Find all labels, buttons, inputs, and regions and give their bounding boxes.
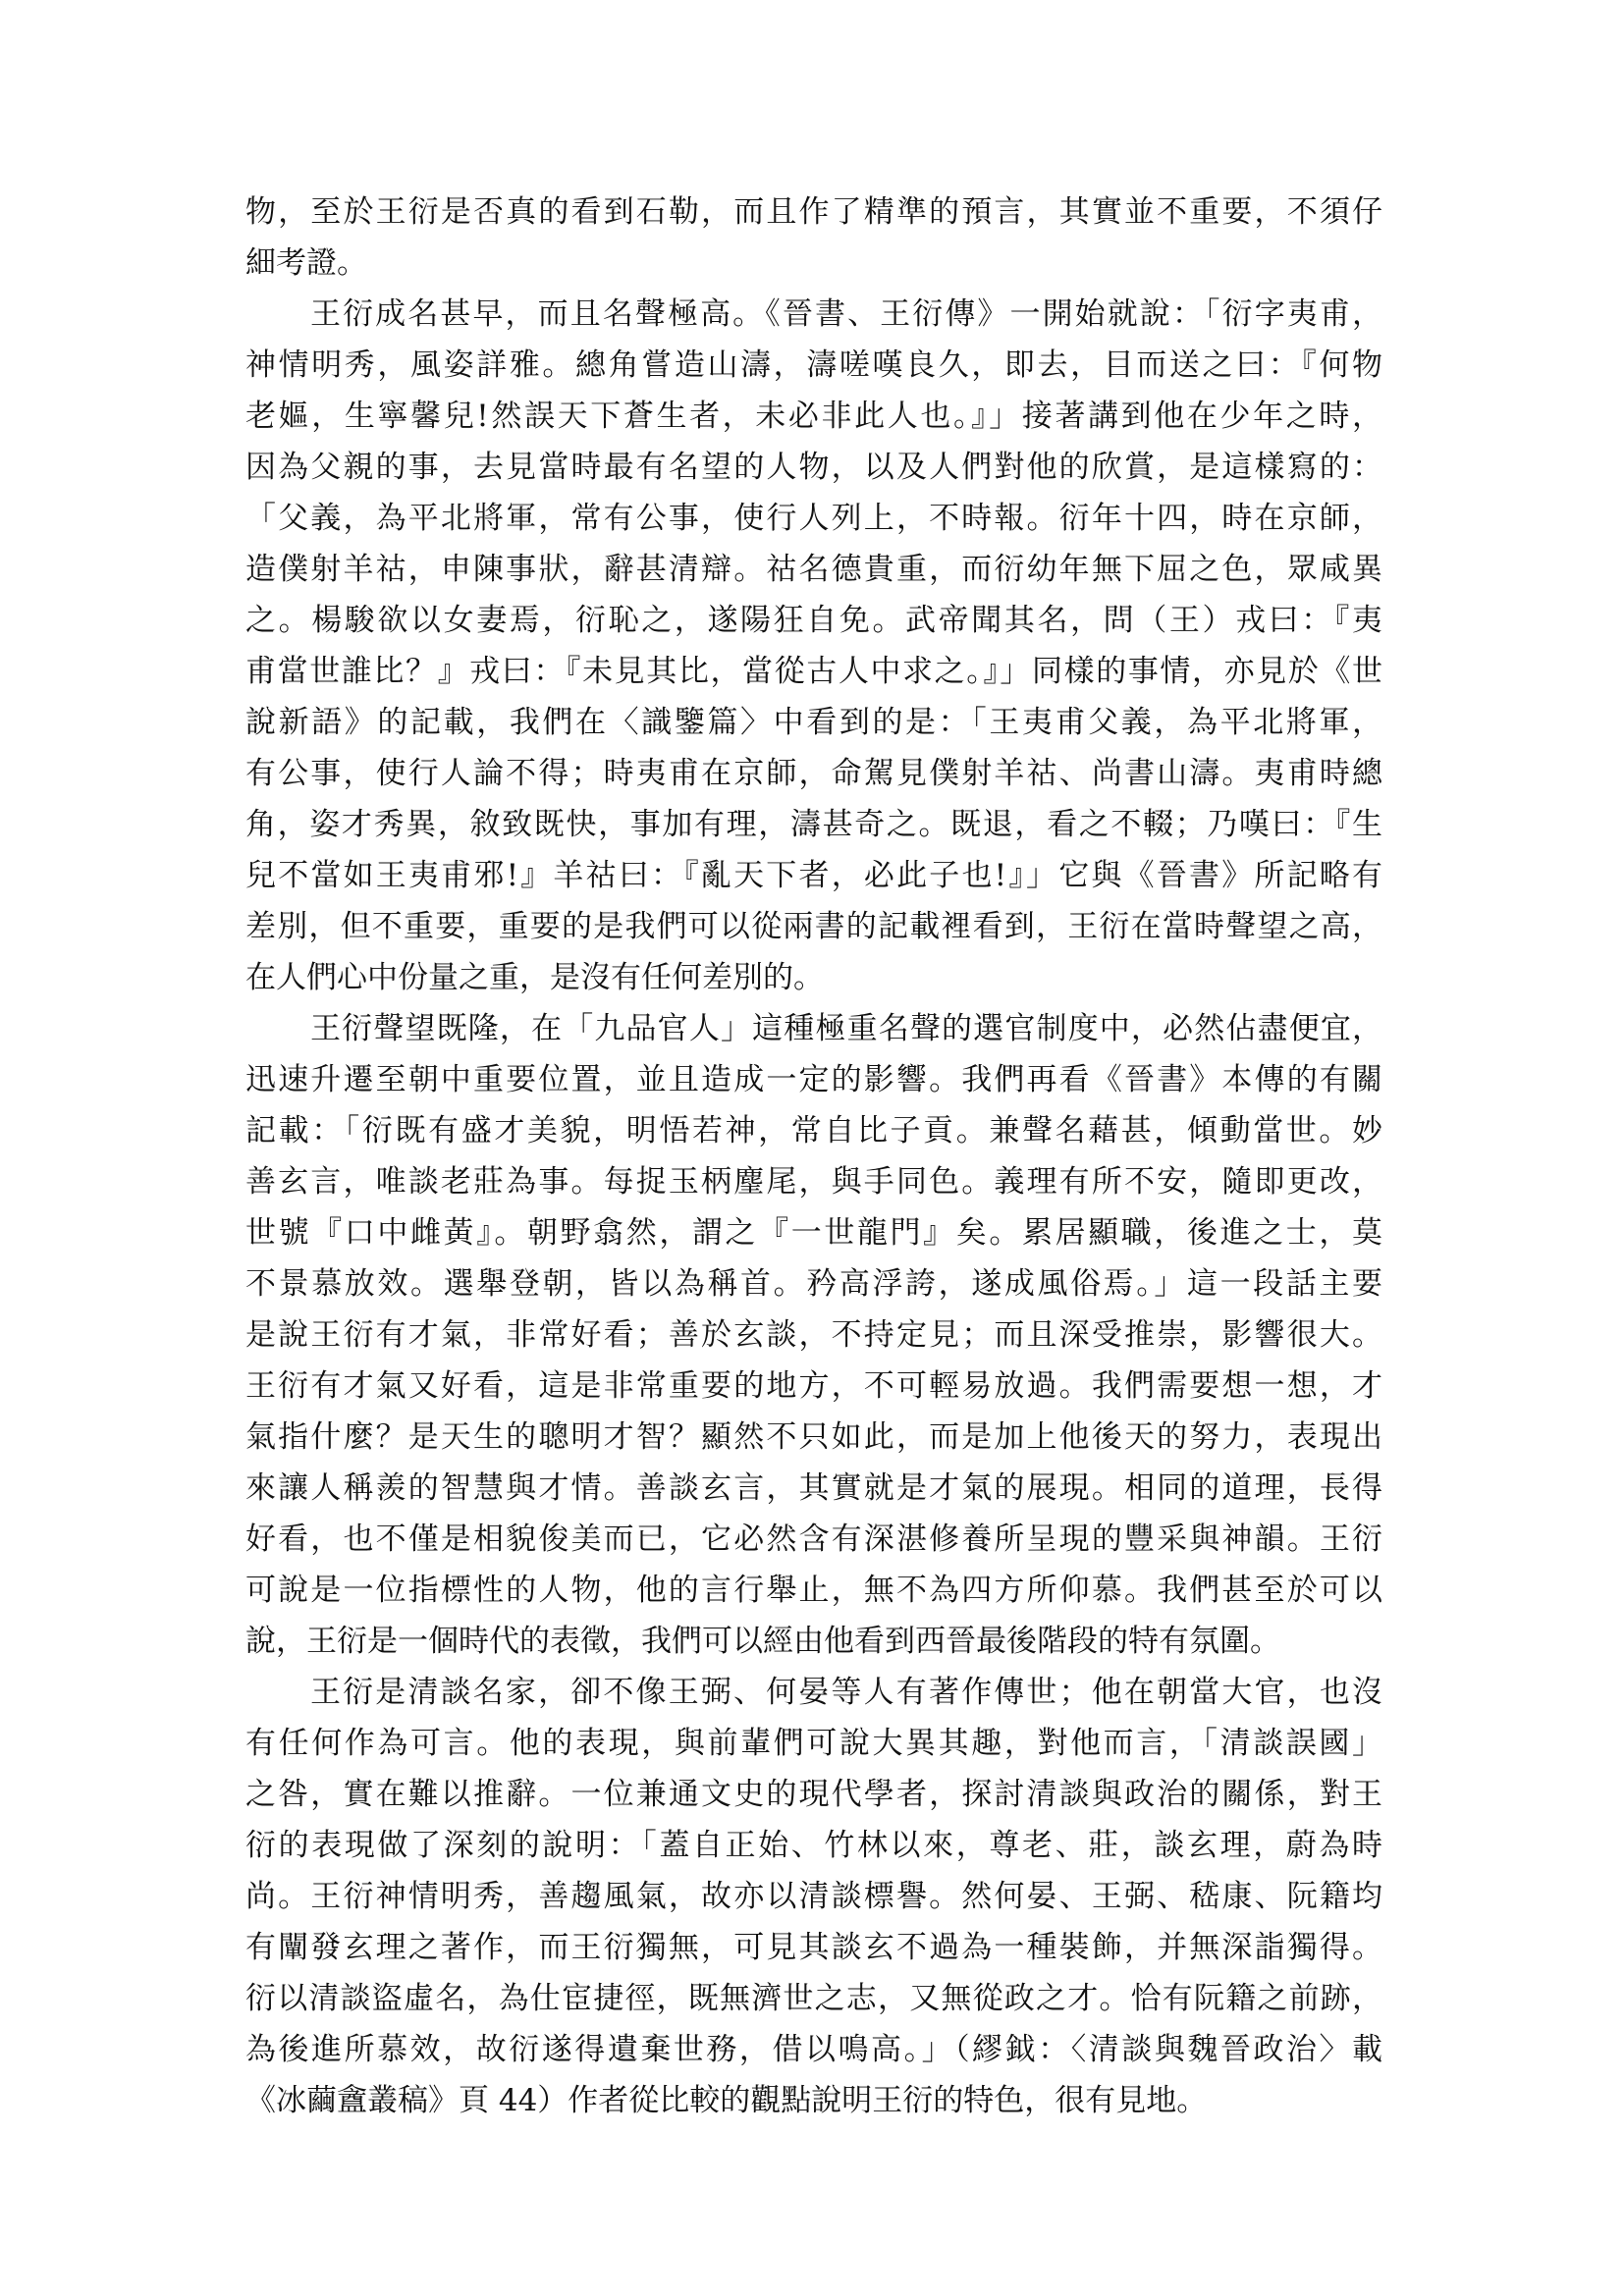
text-line: 造僕射羊祜，申陳事狀，辭甚清辯。祜名德貴重，而衍幼年無下屈之色，眾咸異 bbox=[245, 544, 1382, 595]
text-line: 差別，但不重要，重要的是我們可以從兩書的記載裡看到，王衍在當時聲望之高， bbox=[245, 901, 1382, 952]
text-line: 物，至於王衍是否真的看到石勒，而且作了精準的預言，其實並不重要，不須仔 bbox=[245, 187, 1382, 238]
text-line: 說新語》的記載，我們在〈識鑒篇〉中看到的是：「王夷甫父義，為平北將軍， bbox=[245, 697, 1382, 748]
text-line: 尚。王衍神情明秀，善趨風氣，故亦以清談標譽。然何晏、王弼、嵇康、阮籍均 bbox=[245, 1871, 1382, 1922]
text-line: 王衍是清談名家，卻不像王弼、何晏等人有著作傳世；他在朝當大官，也沒 bbox=[245, 1667, 1382, 1718]
paragraph-4: 王衍是清談名家，卻不像王弼、何晏等人有著作傳世；他在朝當大官，也沒 有任何作為可… bbox=[245, 1667, 1382, 2126]
text-line: 「父義，為平北將軍，常有公事，使行人列上，不時報。衍年十四，時在京師， bbox=[245, 493, 1382, 544]
text-line: 在人們心中份量之重，是沒有任何差別的。 bbox=[245, 952, 1382, 1003]
text-line: 角，姿才秀異，敘致既快，事加有理，濤甚奇之。既退，看之不輟；乃嘆曰：『生 bbox=[245, 799, 1382, 850]
text-line: 衍以清談盜虛名，為仕宦捷徑，既無濟世之志，又無從政之才。恰有阮籍之前跡， bbox=[245, 1973, 1382, 2024]
text-line: 可說是一位指標性的人物，他的言行舉止，無不為四方所仰慕。我們甚至於可以 bbox=[245, 1565, 1382, 1616]
text-line: 兒不當如王夷甫邪!』羊祜曰：『亂天下者，必此子也!』」它與《晉書》所記略有 bbox=[245, 850, 1382, 901]
text-line: 因為父親的事，去見當時最有名望的人物，以及人們對他的欣賞，是這樣寫的： bbox=[245, 442, 1382, 493]
text-line: 迅速升遷至朝中重要位置，並且造成一定的影響。我們再看《晉書》本傳的有關 bbox=[245, 1054, 1382, 1105]
document-page: 物，至於王衍是否真的看到石勒，而且作了精準的預言，其實並不重要，不須仔 細考證。… bbox=[245, 187, 1382, 2126]
text-line: 是說王衍有才氣，非常好看；善於玄談，不持定見；而且深受推崇，影響很大。 bbox=[245, 1309, 1382, 1361]
text-line: 世號『口中雌黃』。朝野翕然，謂之『一世龍門』矣。累居顯職，後進之士，莫 bbox=[245, 1207, 1382, 1258]
text-line: 氣指什麼？是天生的聰明才智？顯然不只如此，而是加上他後天的努力，表現出 bbox=[245, 1412, 1382, 1463]
text-line: 甫當世誰比？』戎曰：『未見其比，當從古人中求之。』」同樣的事情，亦見於《世 bbox=[245, 646, 1382, 697]
text-line: 衍的表現做了深刻的說明：「蓋自正始、竹林以來，尊老、莊，談玄理，蔚為時 bbox=[245, 1820, 1382, 1871]
text-line: 之。楊駿欲以女妻焉，衍恥之，遂陽狂自免。武帝聞其名，問（王）戎曰：『夷 bbox=[245, 595, 1382, 646]
text-line: 細考證。 bbox=[245, 238, 1382, 289]
text-line: 有闡發玄理之著作，而王衍獨無，可見其談玄不過為一種裝飾，并無深詣獨得。 bbox=[245, 1922, 1382, 1973]
paragraph-3: 王衍聲望既隆，在「九品官人」這種極重名聲的選官制度中，必然佔盡便宜， 迅速升遷至… bbox=[245, 1003, 1382, 1667]
text-line: 神情明秀，風姿詳雅。總角嘗造山濤，濤嗟嘆良久，即去，目而送之曰：『何物 bbox=[245, 340, 1382, 391]
text-line: 老嫗，生寧馨兒!然誤天下蒼生者，未必非此人也。』」接著講到他在少年之時， bbox=[245, 391, 1382, 442]
text-line: 善玄言，唯談老莊為事。每捉玉柄麈尾，與手同色。義理有所不安，隨即更改， bbox=[245, 1156, 1382, 1207]
text-line: 王衍成名甚早，而且名聲極高。《晉書、王衍傳》一開始就說：「衍字夷甫， bbox=[245, 289, 1382, 340]
paragraph-2: 王衍成名甚早，而且名聲極高。《晉書、王衍傳》一開始就說：「衍字夷甫， 神情明秀，… bbox=[245, 289, 1382, 1003]
text-line: 有公事，使行人論不得；時夷甫在京師，命駕見僕射羊祜、尚書山濤。夷甫時總 bbox=[245, 748, 1382, 799]
text-line: 之咎，實在難以推辭。一位兼通文史的現代學者，探討清談與政治的關係，對王 bbox=[245, 1769, 1382, 1820]
text-line: 不景慕放效。選舉登朝，皆以為稱首。矜高浮誇，遂成風俗焉。」這一段話主要 bbox=[245, 1258, 1382, 1309]
text-line: 來讓人稱羨的智慧與才情。善談玄言，其實就是才氣的展現。相同的道理，長得 bbox=[245, 1463, 1382, 1514]
text-line: 為後進所慕效，故衍遂得遺棄世務，借以鳴高。」（繆鉞：〈清談與魏晉政治〉載 bbox=[245, 2024, 1382, 2075]
paragraph-1: 物，至於王衍是否真的看到石勒，而且作了精準的預言，其實並不重要，不須仔 細考證。 bbox=[245, 187, 1382, 289]
text-line: 王衍聲望既隆，在「九品官人」這種極重名聲的選官制度中，必然佔盡便宜， bbox=[245, 1003, 1382, 1054]
text-line: 《冰繭盦叢稿》頁 44）作者從比較的觀點說明王衍的特色，很有見地。 bbox=[245, 2075, 1382, 2126]
text-line: 說，王衍是一個時代的表徵，我們可以經由他看到西晉最後階段的特有氛圍。 bbox=[245, 1616, 1382, 1667]
text-line: 記載：「衍既有盛才美貌，明悟若神，常自比子貢。兼聲名藉甚，傾動當世。妙 bbox=[245, 1105, 1382, 1156]
text-line: 有任何作為可言。他的表現，與前輩們可說大異其趣，對他而言，「清談誤國」 bbox=[245, 1718, 1382, 1769]
text-line: 好看，也不僅是相貌俊美而已，它必然含有深湛修養所呈現的豐采與神韻。王衍 bbox=[245, 1514, 1382, 1565]
text-line: 王衍有才氣又好看，這是非常重要的地方，不可輕易放過。我們需要想一想，才 bbox=[245, 1361, 1382, 1412]
